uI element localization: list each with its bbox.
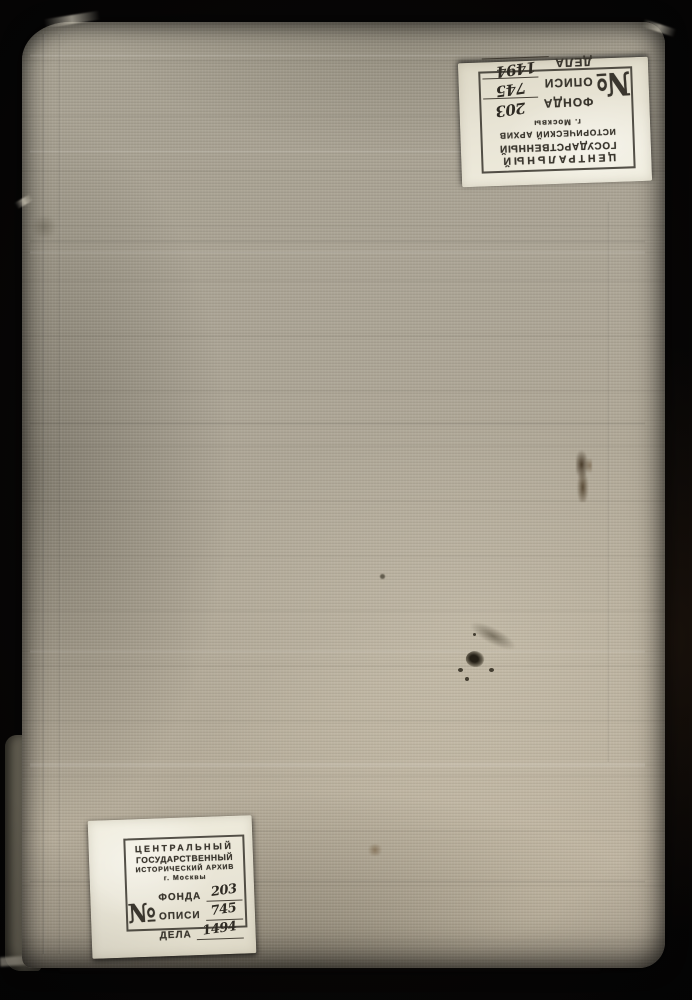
- photo-black-background: ЦЕНТРАЛЬНЫЙ ГОСУДАРСТВЕННЫЙ ИСТОРИЧЕСКИЙ…: [0, 0, 692, 1000]
- delo-line: 1494: [482, 56, 550, 78]
- crease-line: [30, 650, 645, 653]
- stamp-fields: ФОНДА 203 ОПИСИ 745 ДЕЛА 1494: [158, 881, 246, 941]
- ink-spatter-dot: [458, 668, 463, 672]
- brown-streak-stain: [576, 450, 592, 502]
- delo-row: ДЕЛА 1494: [159, 920, 244, 942]
- crease-line: [30, 422, 645, 425]
- book-back-cover: ЦЕНТРАЛЬНЫЙ ГОСУДАРСТВЕННЫЙ ИСТОРИЧЕСКИЙ…: [22, 22, 665, 968]
- ink-smear-stain: [467, 617, 519, 655]
- stamp-fields: ФОНДА 203 ОПИСИ 745 ДЕЛА 1494: [480, 55, 594, 119]
- frayed-thread: [44, 11, 101, 29]
- opis-value-handwritten: 745: [210, 900, 237, 918]
- brown-spot-stain: [367, 844, 383, 856]
- crease-line: [607, 202, 611, 762]
- frayed-thread: [14, 194, 33, 209]
- delo-line: 1494: [196, 920, 244, 941]
- ink-spatter-dot: [473, 633, 476, 636]
- crease-line: [30, 240, 645, 243]
- stamp-border-box: ЦЕНТРАЛЬНЫЙ ГОСУДАРСТВЕННЫЙ ИСТОРИЧЕСКИЙ…: [123, 834, 247, 931]
- crease-line: [30, 251, 645, 254]
- opis-line: 745: [482, 77, 539, 99]
- frayed-thread: [642, 19, 677, 37]
- ink-spatter-dot: [465, 677, 469, 681]
- fond-line: 203: [206, 882, 243, 902]
- faint-edge-mark: [30, 216, 58, 238]
- ink-spatter-dot: [489, 668, 494, 672]
- fond-line: 203: [483, 97, 538, 119]
- opis-label: ОПИСИ: [544, 75, 593, 91]
- stamp-fields-area: № ФОНДА 203 ОПИСИ 745 ДЕЛА 1494: [480, 53, 632, 118]
- spine-crease: [58, 34, 62, 954]
- fond-value-handwritten: 203: [495, 99, 527, 121]
- number-sign: №: [592, 67, 632, 102]
- delo-label: ДЕЛА: [160, 929, 192, 941]
- fond-label: ФОНДА: [543, 95, 594, 111]
- fond-value-handwritten: 203: [210, 881, 237, 899]
- dark-speck: [380, 574, 385, 579]
- spine-crease: [42, 34, 46, 954]
- opis-line: 745: [205, 901, 243, 921]
- archive-stamp-label-top: ЦЕНТРАЛЬНЫЙ ГОСУДАРСТВЕННЫЙ ИСТОРИЧЕСКИЙ…: [458, 57, 652, 188]
- stamp-fields-area: № ФОНДА 203 ОПИСИ 745 ДЕЛА 1494: [127, 881, 246, 942]
- delo-row: ДЕЛА 1494: [482, 55, 593, 79]
- delo-value-handwritten: 1494: [202, 919, 238, 939]
- ink-blot-stain: [464, 648, 486, 669]
- number-sign: №: [127, 899, 160, 927]
- archive-stamp-label-bottom: ЦЕНТРАЛЬНЫЙ ГОСУДАРСТВЕННЫЙ ИСТОРИЧЕСКИЙ…: [88, 815, 257, 959]
- stamp-border-box: ЦЕНТРАЛЬНЫЙ ГОСУДАРСТВЕННЫЙ ИСТОРИЧЕСКИЙ…: [478, 66, 635, 173]
- delo-label: ДЕЛА: [554, 55, 592, 70]
- crease-line: [30, 762, 645, 768]
